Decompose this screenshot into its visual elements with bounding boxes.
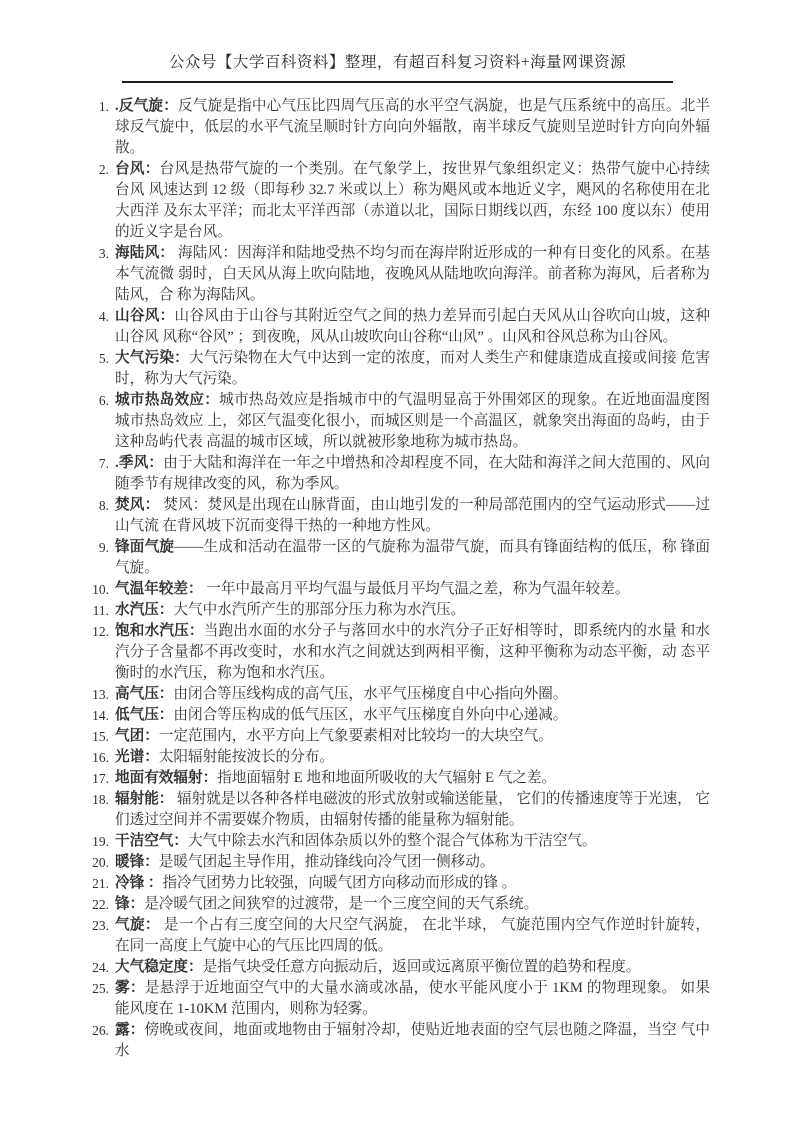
item-number: 10. [88,579,115,600]
item-term: 气团： [115,728,159,744]
item-content: 光谱：太阳辐射能按波长的分布。 [115,747,710,768]
item-content: .反气旋：反气旋是指中心气压比四周气压高的水平空气涡旋，也是气压系统中的高压。北… [115,96,710,159]
item-content: 城市热岛效应：城市热岛效应是指城市中的气温明显高于外围郊区的现象。在近地面温度图… [115,390,710,453]
glossary-item: 12. 饱和水汽压：当跑出水面的水分子与落回水中的水汽分子正好相等时，即系统内的… [88,621,710,684]
item-term: 冷锋 ： [115,875,162,891]
item-term: 山谷风： [115,308,175,324]
item-definition: 由闭合等压构成的低气压区，水平气压梯度自外向中心递减。 [173,707,567,723]
item-number: 21. [88,873,115,894]
glossary-item: 20. 暖锋：是暖气团起主导作用，推动锋线向冷气团一侧移动。 [88,852,710,873]
item-term: 水汽压： [115,602,173,618]
item-content: 锋：是冷暖气团之间狭窄的过渡带，是一个三度空间的天气系统。 [115,894,710,915]
item-term: 锋： [115,896,144,912]
item-term: .季风： [115,455,163,471]
item-definition: 当跑出水面的水分子与落回水中的水汽分子正好相等时，即系统内的水量 和水汽分子含量… [115,623,710,681]
glossary-item: 23. 气旋： 是一个占有三度空间的大尺空气涡旋， 在北半球， 气旋范围内空气作… [88,915,710,957]
item-term: 城市热岛效应： [115,392,219,408]
item-definition: 大气污染物在大气中达到一定的浓度，而对人类生产和健康造成直接或间接 危害时，称为… [115,350,710,387]
item-number: 16. [88,747,115,768]
item-number: 12. [88,621,115,642]
glossary-list: 1. .反气旋：反气旋是指中心气压比四周气压高的水平空气涡旋，也是气压系统中的高… [88,96,710,1062]
glossary-item: 7. .季风：由于大陆和海洋在一年之中增热和冷却程度不同，在大陆和海洋之间大范围… [88,453,710,495]
item-content: 高气压：由闭合等压线构成的高气压，水平气压梯度自中心指向外圈。 [115,684,710,705]
item-definition: 是指气块受任意方向振动后，返回或远离原平衡位置的趋势和程度。 [203,959,641,975]
item-term: 海陆风： [115,245,174,261]
item-number: 25. [88,978,115,999]
item-number: 19. [88,831,115,852]
item-content: 气旋： 是一个占有三度空间的大尺空气涡旋， 在北半球， 气旋范围内空气作逆时针旋… [115,915,710,957]
glossary-item: 5. 大气污染：大气污染物在大气中达到一定的浓度，而对人类生产和健康造成直接或间… [88,348,710,390]
item-term: 雾： [115,980,145,996]
item-term: 饱和水汽压： [115,623,204,639]
glossary-item: 11. 水汽压：大气中水汽所产生的那部分压力称为水汽压。 [88,600,710,621]
item-number: 3. [88,243,115,264]
item-term: 锋面气旋 [115,539,174,555]
item-content: 海陆风： 海陆风：因海洋和陆地受热不均匀而在海岸附近形成的一种有日变化的风系。在… [115,243,710,306]
item-content: 饱和水汽压：当跑出水面的水分子与落回水中的水汽分子正好相等时，即系统内的水量 和… [115,621,710,684]
item-definition: ——生成和活动在温带一区的气旋称为温带气旋，而具有锋面结构的低压，称 锋面气旋。 [115,539,710,576]
item-definition: 反气旋是指中心气压比四周气压高的水平空气涡旋，也是气压系统中的高压。北半球反气旋… [115,98,710,156]
item-term: 地面有效辐射： [115,770,217,786]
glossary-item: 15. 气团：一定范围内，水平方向上气象要素相对比较均一的大块空气。 [88,726,710,747]
header-title: 公众号【大学百科资料】整理，有超百科复习资料+海量网课资源 [169,54,626,71]
item-term: 大气稳定度： [115,959,203,975]
item-definition: 辐射就是以各种各样电磁波的形式放射或输送能量， 它们的传播速度等于光速， 它们透… [115,791,710,828]
glossary-item: 26. 露：傍晚或夜间，地面或地物由于辐射冷却，使贴近地表面的空气层也随之降温，… [88,1020,710,1062]
item-content: 暖锋：是暖气团起主导作用，推动锋线向冷气团一侧移动。 [115,852,710,873]
item-content: 低气压：由闭合等压构成的低气压区，水平气压梯度自外向中心递减。 [115,705,710,726]
item-number: 13. [88,684,115,705]
item-definition: 焚风：焚风是出现在山脉背面，由山地引发的一种局部范围内的空气运动形式——过山气流… [115,497,710,534]
item-term: 焚风： [115,497,159,513]
item-definition: 是一个占有三度空间的大尺空气涡旋， 在北半球， 气旋范围内空气作逆时针旋转， 在… [115,917,710,954]
glossary-item: 10. 气温年较差： 一年中最高月平均气温与最低月平均气温之差，称为气温年较差。 [88,579,710,600]
item-content: 山谷风：山谷风由于山谷与其附近空气之间的热力差异而引起白天风从山谷吹向山坡，这种… [115,306,710,348]
item-number: 8. [88,495,115,516]
glossary-item: 17. 地面有效辐射：指地面辐射 E 地和地面所吸收的大气辐射 E 气之差。 [88,768,710,789]
item-number: 11. [88,600,115,621]
item-definition: 一定范围内，水平方向上气象要素相对比较均一的大块空气。 [159,728,553,744]
item-definition: 是暖气团起主导作用，推动锋线向冷气团一侧移动。 [159,854,495,870]
item-number: 22. [88,894,115,915]
item-term: 台风： [115,161,160,177]
item-content: 冷锋 ：指冷气团势力比较强，向暖气团方向移动而形成的锋 。 [115,873,710,894]
glossary-item: 2. 台风：台风是热带气旋的一个类别。在气象学上，按世界气象组织定义：热带气旋中… [88,159,710,243]
glossary-item: 19. 干洁空气：大气中除去水汽和固体杂质以外的整个混合气体称为干洁空气。 [88,831,710,852]
page-header: 公众号【大学百科资料】整理，有超百科复习资料+海量网课资源 [122,52,673,83]
glossary-item: 16. 光谱：太阳辐射能按波长的分布。 [88,747,710,768]
item-content: 气温年较差： 一年中最高月平均气温与最低月平均气温之差，称为气温年较差。 [115,579,710,600]
item-number: 26. [88,1020,115,1041]
item-term: .反气旋： [115,98,178,114]
item-number: 17. [88,768,115,789]
item-content: 大气稳定度：是指气块受任意方向振动后，返回或远离原平衡位置的趋势和程度。 [115,957,710,978]
item-number: 14. [88,705,115,726]
item-term: 露： [115,1022,145,1038]
item-definition: 一年中最高月平均气温与最低月平均气温之差，称为气温年较差。 [203,581,630,597]
item-content: 水汽压：大气中水汽所产生的那部分压力称为水汽压。 [115,600,710,621]
glossary-item: 1. .反气旋：反气旋是指中心气压比四周气压高的水平空气涡旋，也是气压系统中的高… [88,96,710,159]
item-definition: 指地面辐射 E 地和地面所吸收的大气辐射 E 气之差。 [217,770,556,786]
glossary-item: 21. 冷锋 ：指冷气团势力比较强，向暖气团方向移动而形成的锋 。 [88,873,710,894]
glossary-item: 14. 低气压：由闭合等压构成的低气压区，水平气压梯度自外向中心递减。 [88,705,710,726]
item-term: 气温年较差： [115,581,203,597]
item-content: 辐射能： 辐射就是以各种各样电磁波的形式放射或输送能量， 它们的传播速度等于光速… [115,789,710,831]
glossary-item: 8. 焚风： 焚风：焚风是出现在山脉背面，由山地引发的一种局部范围内的空气运动形… [88,495,710,537]
item-term: 光谱： [115,749,159,765]
glossary-item: 4. 山谷风：山谷风由于山谷与其附近空气之间的热力差异而引起白天风从山谷吹向山坡… [88,306,710,348]
item-number: 24. [88,957,115,978]
item-content: 干洁空气：大气中除去水汽和固体杂质以外的整个混合气体称为干洁空气。 [115,831,710,852]
item-content: 地面有效辐射：指地面辐射 E 地和地面所吸收的大气辐射 E 气之差。 [115,768,710,789]
item-number: 2. [88,159,115,180]
item-number: 1. [88,96,115,117]
item-number: 23. [88,915,115,936]
glossary-item: 9. 锋面气旋——生成和活动在温带一区的气旋称为温带气旋，而具有锋面结构的低压，… [88,537,710,579]
item-definition: 傍晚或夜间，地面或地物由于辐射冷却，使贴近地表面的空气层也随之降温，当空 气中水 [115,1022,710,1059]
item-content: 气团：一定范围内，水平方向上气象要素相对比较均一的大块空气。 [115,726,710,747]
item-term: 辐射能： [115,791,173,807]
item-definition: 指冷气团势力比较强，向暖气团方向移动而形成的锋 。 [162,875,516,891]
glossary-item: 24. 大气稳定度：是指气块受任意方向振动后，返回或远离原平衡位置的趋势和程度。 [88,957,710,978]
item-term: 气旋： [115,917,160,933]
item-number: 6. [88,390,115,411]
item-term: 高气压： [115,686,173,702]
item-content: .季风：由于大陆和海洋在一年之中增热和冷却程度不同，在大陆和海洋之间大范围的、风… [115,453,710,495]
glossary-item: 6. 城市热岛效应：城市热岛效应是指城市中的气温明显高于外围郊区的现象。在近地面… [88,390,710,453]
glossary-item: 18. 辐射能： 辐射就是以各种各样电磁波的形式放射或输送能量， 它们的传播速度… [88,789,710,831]
item-definition: 台风是热带气旋的一个类别。在气象学上，按世界气象组织定义：热带气旋中心持续 台风… [115,161,710,240]
item-term: 暖锋： [115,854,159,870]
item-definition: 是冷暖气团之间狭窄的过渡带，是一个三度空间的天气系统。 [144,896,538,912]
item-definition: 是悬浮于近地面空气中的大量水滴或冰晶，使水平能风度小于 1KM 的物理现象。 如… [115,980,710,1017]
item-content: 露：傍晚或夜间，地面或地物由于辐射冷却，使贴近地表面的空气层也随之降温，当空 气… [115,1020,710,1062]
item-content: 焚风： 焚风：焚风是出现在山脉背面，由山地引发的一种局部范围内的空气运动形式——… [115,495,710,537]
item-content: 大气污染：大气污染物在大气中达到一定的浓度，而对人类生产和健康造成直接或间接 危… [115,348,710,390]
glossary-item: 3. 海陆风： 海陆风：因海洋和陆地受热不均匀而在海岸附近形成的一种有日变化的风… [88,243,710,306]
item-term: 低气压： [115,707,173,723]
item-number: 20. [88,852,115,873]
item-definition: 山谷风由于山谷与其附近空气之间的热力差异而引起白天风从山谷吹向山坡，这种 山谷风… [115,308,710,345]
item-content: 雾：是悬浮于近地面空气中的大量水滴或冰晶，使水平能风度小于 1KM 的物理现象。… [115,978,710,1020]
item-definition: 由闭合等压线构成的高气压，水平气压梯度自中心指向外圈。 [173,686,567,702]
item-number: 5. [88,348,115,369]
item-term: 大气污染： [115,350,189,366]
item-definition: 海陆风：因海洋和陆地受热不均匀而在海岸附近形成的一种有日变化的风系。在基本气流微… [115,245,710,303]
item-number: 9. [88,537,115,558]
item-number: 15. [88,726,115,747]
glossary-item: 22. 锋：是冷暖气团之间狭窄的过渡带，是一个三度空间的天气系统。 [88,894,710,915]
item-number: 7. [88,453,115,474]
glossary-item: 25. 雾：是悬浮于近地面空气中的大量水滴或冰晶，使水平能风度小于 1KM 的物… [88,978,710,1020]
item-number: 18. [88,789,115,810]
item-definition: 由于大陆和海洋在一年之中增热和冷却程度不同，在大陆和海洋之间大范围的、风向 随季… [115,455,710,492]
document-page: 公众号【大学百科资料】整理，有超百科复习资料+海量网课资源 1. .反气旋：反气… [0,0,793,1122]
item-definition: 大气中除去水汽和固体杂质以外的整个混合气体称为干洁空气。 [188,833,597,849]
item-content: 锋面气旋——生成和活动在温带一区的气旋称为温带气旋，而具有锋面结构的低压，称 锋… [115,537,710,579]
item-number: 4. [88,306,115,327]
glossary-item: 13. 高气压：由闭合等压线构成的高气压，水平气压梯度自中心指向外圈。 [88,684,710,705]
item-content: 台风：台风是热带气旋的一个类别。在气象学上，按世界气象组织定义：热带气旋中心持续… [115,159,710,243]
item-definition: 大气中水汽所产生的那部分压力称为水汽压。 [173,602,465,618]
item-term: 干洁空气： [115,833,188,849]
item-definition: 太阳辐射能按波长的分布。 [159,749,334,765]
